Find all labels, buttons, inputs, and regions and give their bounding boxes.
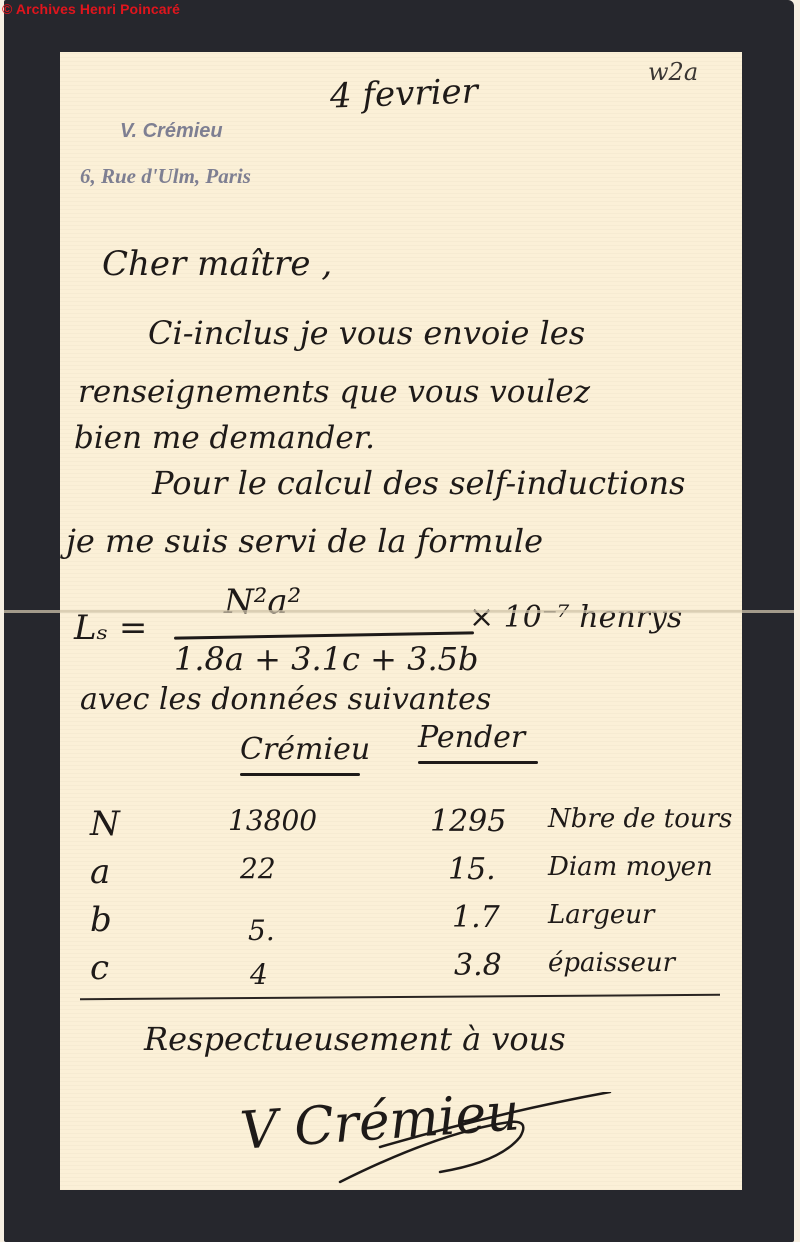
row-cremieu-value: 22 xyxy=(240,852,276,885)
row-symbol: c xyxy=(90,948,109,988)
row-description: Largeur xyxy=(548,900,654,930)
body-line-3: bien me demander. xyxy=(74,420,375,456)
copyright-icon: © xyxy=(2,1,12,17)
formula-denominator: 1.8a + 3.1c + 3.5b xyxy=(174,640,478,678)
row-pender-value: 3.8 xyxy=(454,948,502,983)
row-symbol: N xyxy=(90,804,120,844)
letter-paper: w2a 4 fevrier V. Crémieu 6, Rue d'Ulm, P… xyxy=(60,52,742,1190)
body-line-2: renseignements que vous voulez xyxy=(78,374,590,410)
formula-lhs: Lₛ = xyxy=(74,608,147,648)
row-description: Nbre de tours xyxy=(548,804,732,834)
row-cremieu-value: 4 xyxy=(250,958,268,991)
row-cremieu-value: 5. xyxy=(248,914,275,947)
paper-fold-line xyxy=(60,610,742,612)
formula-multiplier: × 10⁻⁷ henrys xyxy=(469,600,682,635)
inductance-formula: Lₛ = N²a² 1.8a + 3.1c + 3.5b × 10⁻⁷ henr… xyxy=(74,582,694,692)
row-description: épaisseur xyxy=(548,948,675,978)
formula-fraction-bar xyxy=(174,631,474,639)
table-row: N 13800 1295 Nbre de tours xyxy=(60,804,742,854)
body-line-5: je me suis servi de la formule xyxy=(66,522,543,560)
formula-numerator: N²a² xyxy=(224,582,301,622)
watermark-text: Archives Henri Poincaré xyxy=(16,1,180,17)
table-column-header-cremieu: Crémieu xyxy=(240,732,360,776)
letterhead-name: V. Crémieu xyxy=(120,120,223,143)
mourning-border-card: w2a 4 fevrier V. Crémieu 6, Rue d'Ulm, P… xyxy=(4,0,794,1242)
header-underline xyxy=(418,761,538,764)
letterhead-address: 6, Rue d'Ulm, Paris xyxy=(80,164,251,189)
signature-flourish-icon xyxy=(320,1092,620,1192)
table-row: b 5. 1.7 Largeur xyxy=(60,900,742,950)
letter-greeting: Cher maître , xyxy=(102,244,332,284)
body-line-1: Ci-inclus je vous envoie les xyxy=(148,314,585,352)
row-symbol: b xyxy=(90,900,112,940)
table-row: c 4 3.8 épaisseur xyxy=(60,948,742,998)
row-pender-value: 15. xyxy=(448,852,496,887)
data-intro-line: avec les données suivantes xyxy=(80,682,491,717)
body-line-4: Pour le calcul des self-inductions xyxy=(152,464,685,502)
row-pender-value: 1.7 xyxy=(452,900,500,935)
row-cremieu-value: 13800 xyxy=(228,804,317,837)
header-underline xyxy=(240,773,360,776)
row-symbol: a xyxy=(90,852,110,892)
row-pender-value: 1295 xyxy=(430,804,506,839)
archive-scan-page: © Archives Henri Poincaré w2a 4 fevrier … xyxy=(0,0,800,1242)
archive-watermark: © Archives Henri Poincaré xyxy=(2,1,180,17)
row-description: Diam moyen xyxy=(548,852,713,882)
letter-closing: Respectueusement à vous xyxy=(144,1020,566,1058)
table-row: a 22 15. Diam moyen xyxy=(60,852,742,902)
letter-date: 4 fevrier xyxy=(329,71,478,116)
archive-reference-number: w2a xyxy=(648,58,698,86)
table-column-header-pender: Pender xyxy=(418,720,538,764)
